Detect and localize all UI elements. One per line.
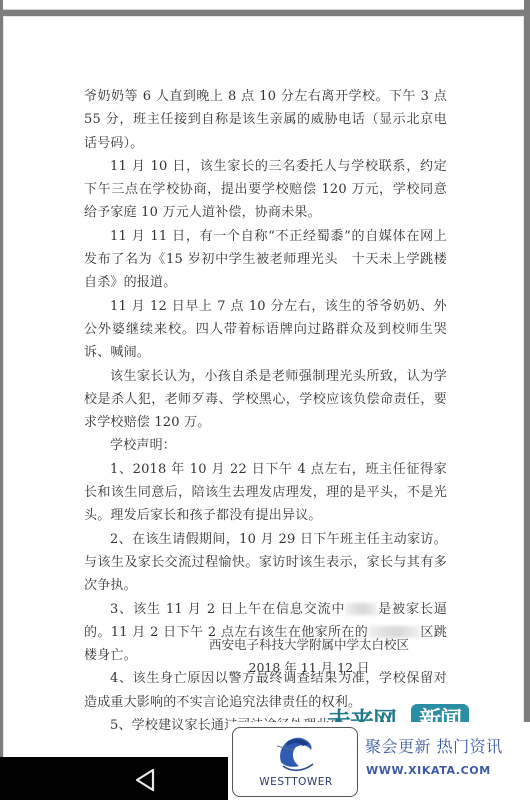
statement-item-1: 1、2018 年 10 月 22 日下午 4 点左右，班主任征得家长和该生同意后… bbox=[84, 458, 447, 528]
paragraph: 11 月 12 日早上 7 点 10 分左右，该生的爷爷奶奶、外公外婆继续来校。… bbox=[84, 295, 447, 365]
signature-date: 2018 年 11 月 12 日 bbox=[144, 658, 474, 676]
navigation-bar bbox=[0, 757, 240, 800]
watermark-logo-card: WESTTOWER bbox=[232, 727, 358, 797]
signature-organization: 西安电子科技大学附属中学太白校区 bbox=[144, 635, 474, 653]
paragraph: 该生家长认为，小孩自杀是老师强制理光头所致，认为学校是杀人犯，老师歹毒、学校黑心… bbox=[84, 365, 447, 435]
statement-item-3: 3、该生 11 月 2 日上午在信息交流中是被家长逼的。11 月 2 日下午 2… bbox=[84, 598, 447, 668]
previous-page-edge bbox=[3, 0, 524, 10]
watermark-overlay: WESTTOWER 聚会更新 热门资讯 WWW.XIKATA.COM bbox=[228, 722, 530, 800]
back-triangle-icon bbox=[134, 768, 156, 792]
westtower-emblem-icon bbox=[273, 732, 319, 774]
paragraph: 爷奶奶等 6 人直到晚上 8 点 10 分左右离开学校。下午 3 点 55 分，… bbox=[84, 85, 447, 155]
document-page[interactable]: 爷奶奶等 6 人直到晚上 8 点 10 分左右离开学校。下午 3 点 55 分，… bbox=[3, 16, 524, 758]
paragraph: 11 月 10 日，该生家长的三名委托人与学校联系，约定下午三点在学校协商，提出… bbox=[84, 155, 447, 225]
watermark-url: WWW.XIKATA.COM bbox=[366, 764, 491, 777]
back-button[interactable] bbox=[130, 765, 160, 795]
statement-heading: 学校声明： bbox=[84, 434, 447, 457]
paragraph: 11 月 11 日，有一个自称“不正经蜀黍”的自媒体在网上发布了名为《15 岁初… bbox=[84, 225, 447, 295]
watermark-slogan: 聚会更新 热门资讯 bbox=[365, 734, 503, 757]
redacted-text bbox=[345, 603, 377, 615]
statement-item-2: 2、在该生请假期间，10 月 29 日下午班主任主动家访。与该生及家长交流过程愉… bbox=[84, 528, 447, 598]
watermark-brand: WESTTOWER bbox=[233, 776, 359, 788]
